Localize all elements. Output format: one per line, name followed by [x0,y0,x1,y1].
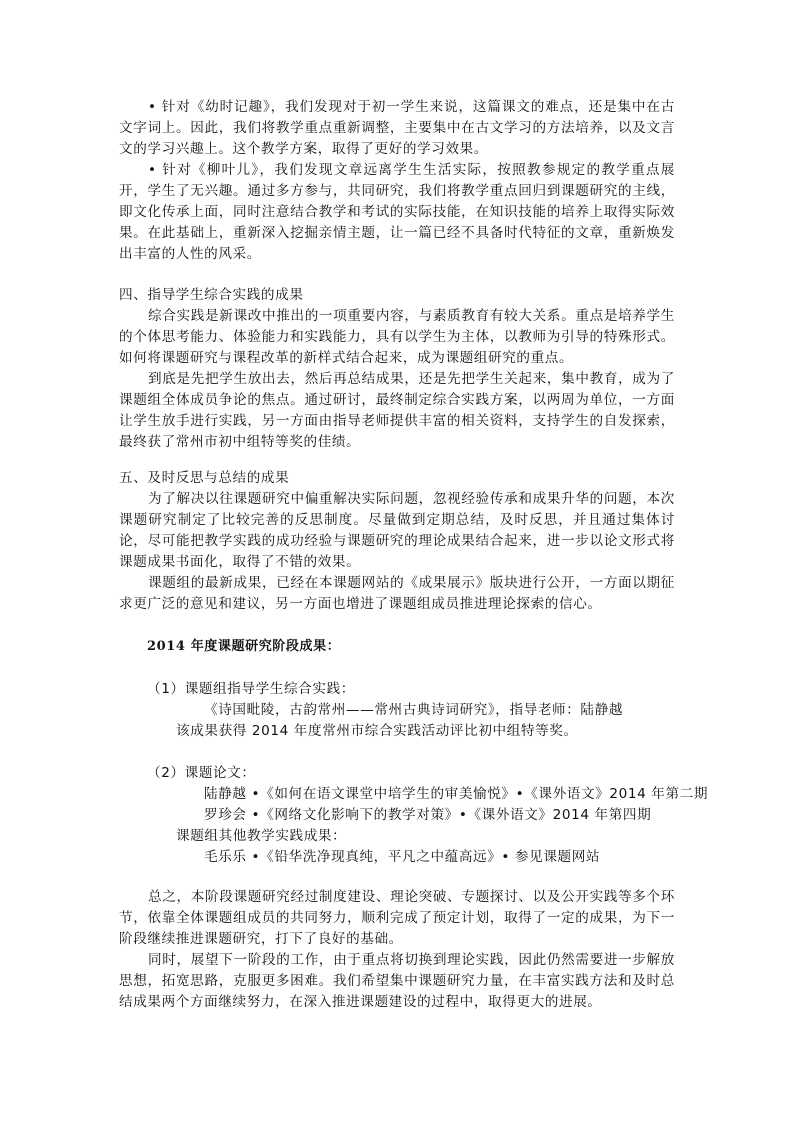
section-four-paragraph-2: 到底是先把学生放出去，然后再总结成果，还是先把学生关起来，集中教育，成为了课题组… [119,369,675,453]
section-four-paragraph-1: 综合实践是新课改中推出的一项重要内容，与素质教育有较大关系。重点是培养学生的个体… [119,306,675,369]
conclusion-paragraph-2: 同时，展望下一阶段的工作，由于重点将切换到理论实践，因此仍然需要进一步解放思想，… [119,950,675,1013]
achievements-title: 2014 年度课题研究阶段成果： [147,636,340,657]
achievement-item-1-label: （1）课题组指导学生综合实践： [147,679,355,700]
section-five-heading: 五、及时反思与总结的成果 [119,468,289,489]
other-achievements-label: 课题组其他教学实践成果： [176,826,346,847]
section-five-paragraph-1: 为了解决以往课题研究中偏重解决实际问题，忽视经验传承和成果升华的问题，本次课题研… [119,489,675,573]
section-four-heading: 四、指导学生综合实践的成果 [119,285,304,306]
bullet-paragraph-2: • 针对《柳叶儿》，我们发现文章远离学生生活实际，按照教参规定的教学重点展开，学… [119,160,675,265]
section-five-paragraph-2: 课题组的最新成果，已经在本课题网站的《成果展示》版块进行公开，一方面以期征求更广… [119,573,675,615]
achievement-item-2-label: （2）课题论文： [147,763,256,784]
paper-entry: 罗珍会 •《网络文化影响下的教学对策》•《课外语文》2014 年第四期 [204,805,651,826]
achievement-item-1-award: 该成果获得 2014 年度常州市综合实践活动评比初中组特等奖。 [176,721,578,742]
other-achievement-entry: 毛乐乐 •《铅华洗净现真纯，平凡之中蕴高远》• 参见课题网站 [204,847,600,868]
achievement-item-1-work: 《诗国毗陵，古韵常州——常州古典诗词研究》，指导老师：陆静越 [204,700,623,721]
bullet-paragraph-1: • 针对《幼时记趣》，我们发现对于初一学生来说，这篇课文的难点，还是集中在古文字… [119,97,675,160]
paper-entry: 陆静越 •《如何在语文课堂中培学生的审美愉悦》•《课外语文》2014 年第二期 [204,784,708,805]
conclusion-paragraph-1: 总之，本阶段课题研究经过制度建设、理论突破、专题探讨、以及公开实践等多个环节，依… [119,887,675,950]
